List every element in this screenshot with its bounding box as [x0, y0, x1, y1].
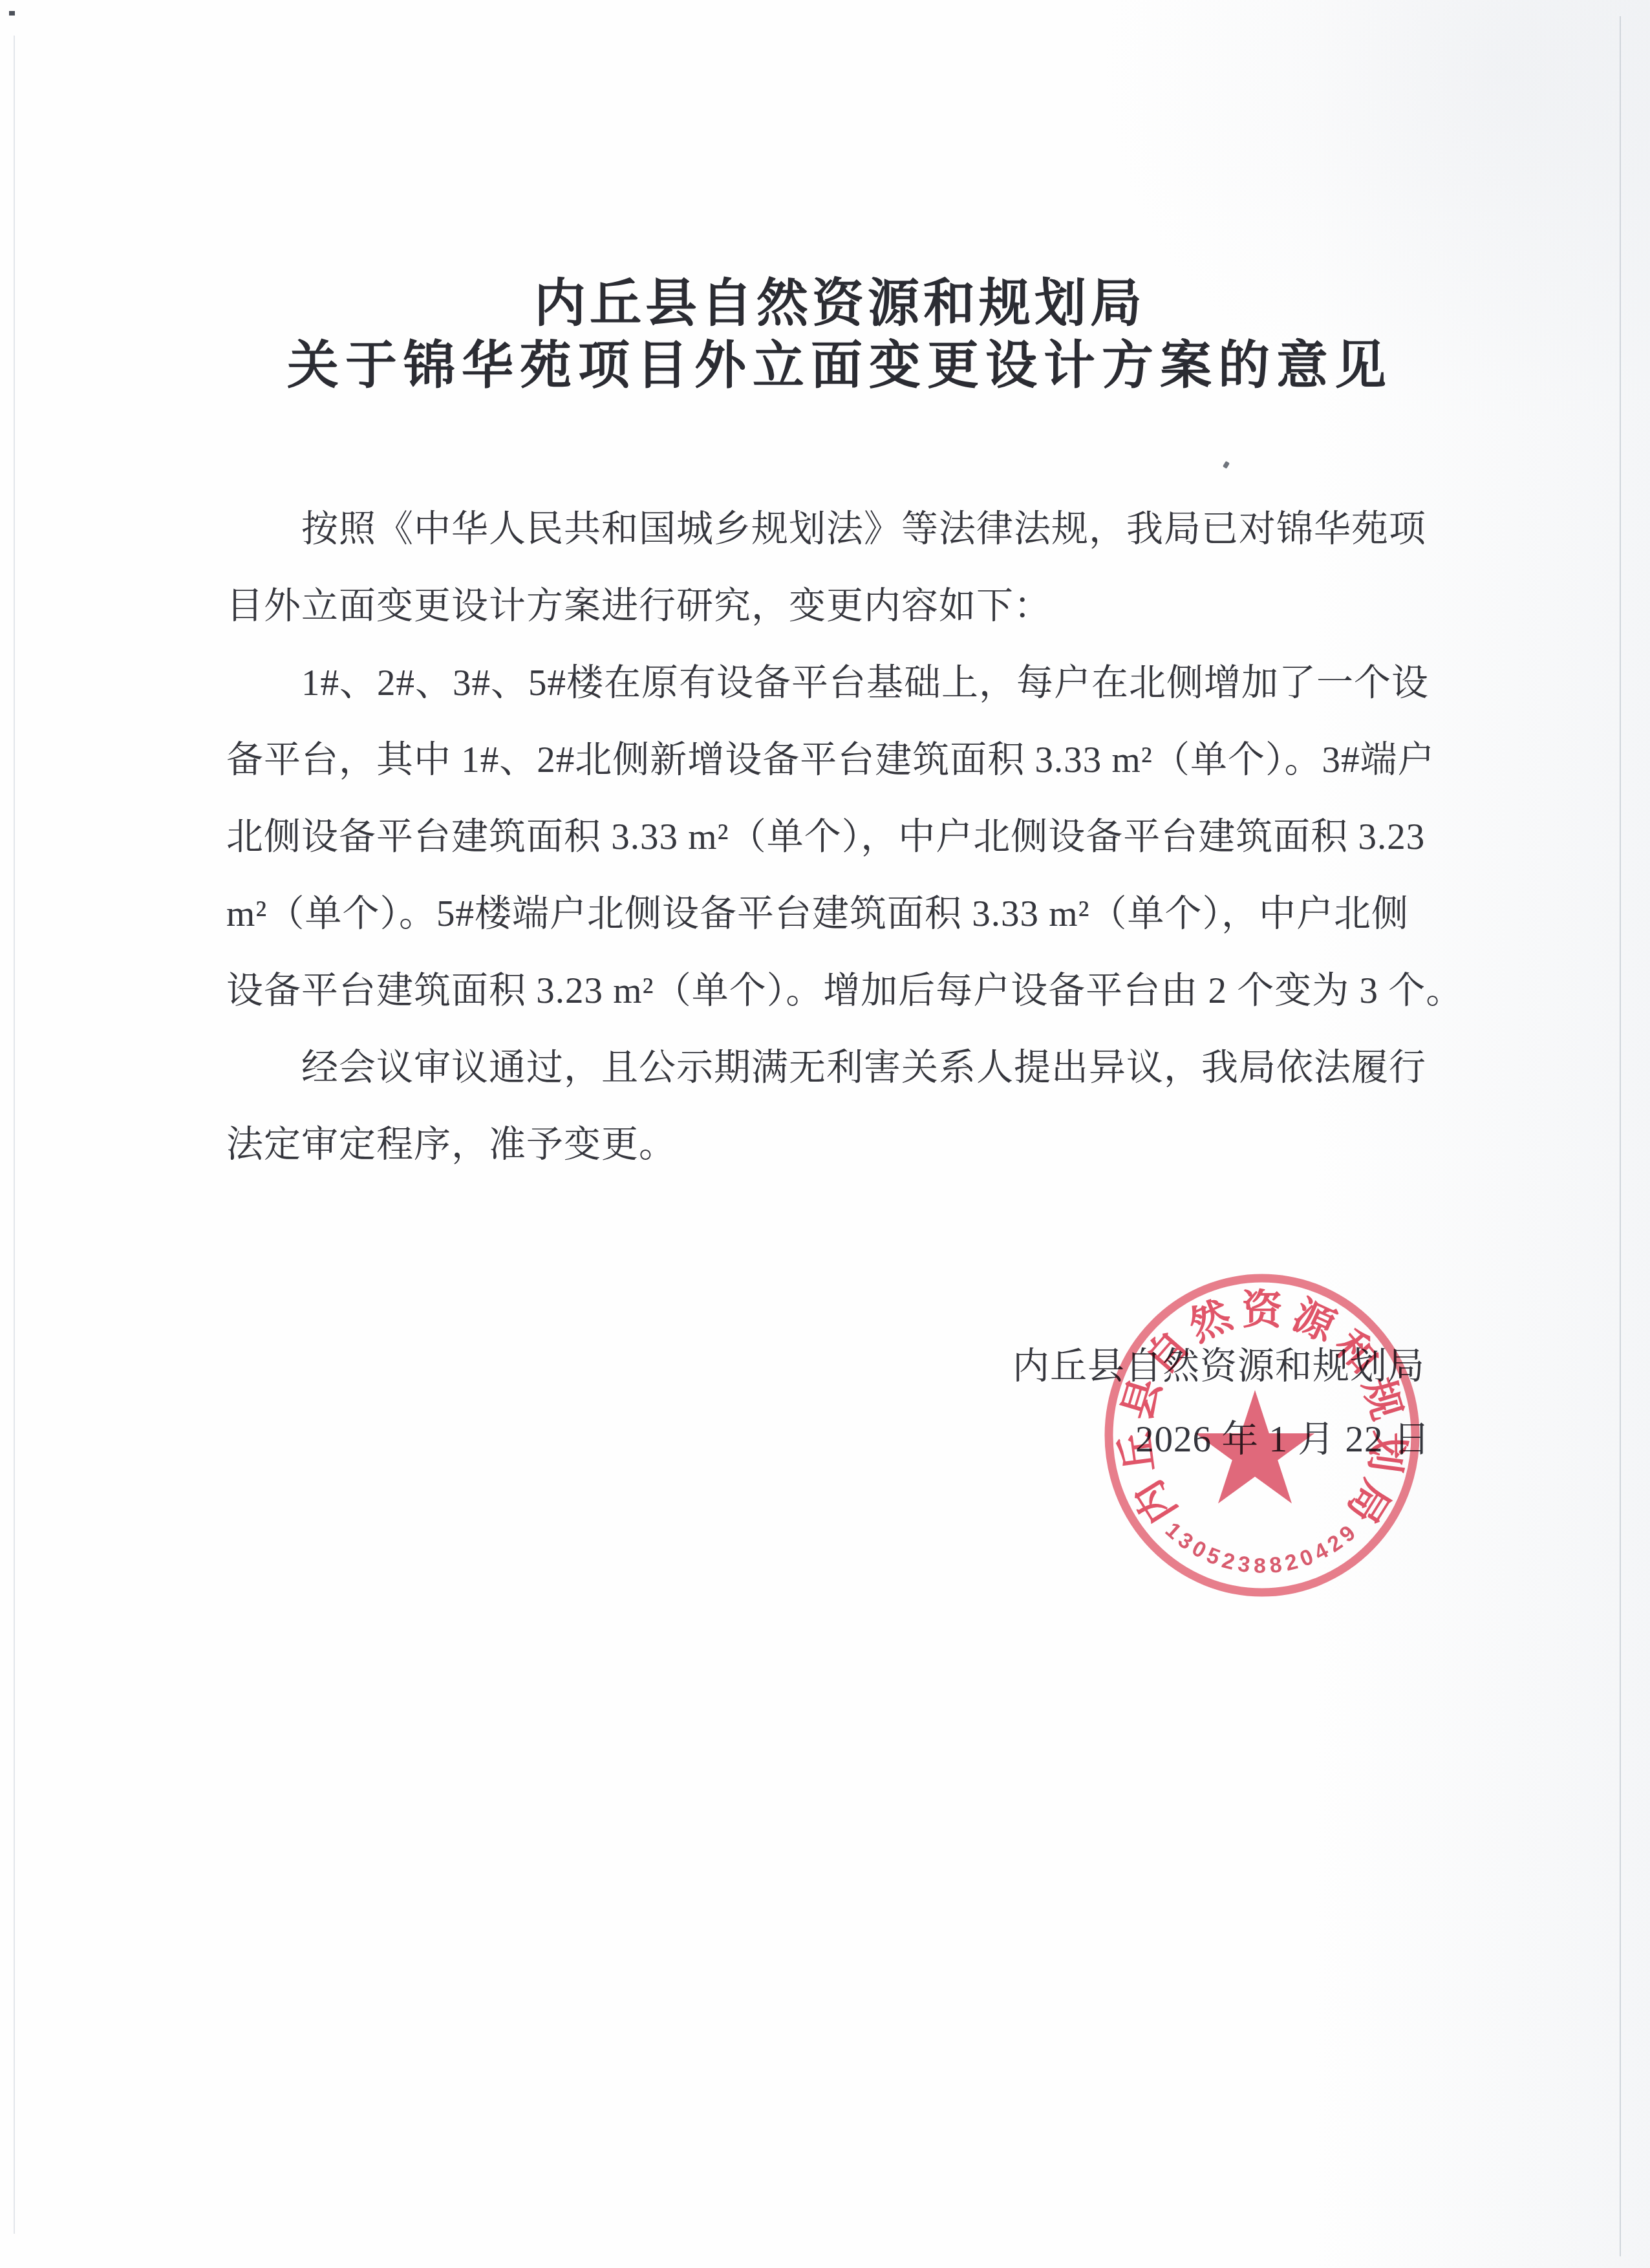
body-line: m²（单个）。5#楼端户北侧设备平台建筑面积 3.33 m²（单个），中户北侧 — [226, 875, 1458, 952]
scan-corner-speck — [9, 11, 15, 16]
seal-star-icon — [1195, 1390, 1314, 1504]
stray-ink-speck — [1223, 461, 1230, 469]
seal-code: 1305238820429 — [1161, 1518, 1364, 1578]
body-line: 北侧设备平台建筑面积 3.33 m²（单个），中户北侧设备平台建筑面积 3.23 — [226, 798, 1458, 875]
body-line: 1#、2#、3#、5#楼在原有设备平台基础上，每户在北侧增加了一个设 — [226, 645, 1458, 722]
body-line: 经会议审议通过，且公示期满无利害关系人提出异议，我局依法履行 — [226, 1029, 1458, 1106]
document-page: 内丘县自然资源和规划局 关于锦华苑项目外立面变更设计方案的意见 按照《中华人民共… — [0, 0, 1650, 2268]
title-issuer: 内丘县自然资源和规划局 — [30, 273, 1650, 335]
seal-ring-char: 资 — [1242, 1287, 1284, 1332]
body-line: 设备平台建筑面积 3.23 m²（单个）。增加后每户设备平台由 2 个变为 3 … — [226, 952, 1458, 1029]
body-line: 法定审定程序，准予变更。 — [226, 1106, 1458, 1183]
body-line: 备平台，其中 1#、2#北侧新增设备平台建筑面积 3.33 m²（单个）。3#端… — [226, 722, 1458, 798]
seal-ring-char: 丘 — [1113, 1429, 1163, 1475]
body-line: 目外立面变更设计方案进行研究，变更内容如下： — [226, 568, 1458, 645]
official-seal: 内丘县自然资源和规划局 1305238820429 — [1081, 1254, 1443, 1616]
title-subject: 关于锦华苑项目外立面变更设计方案的意见 — [30, 335, 1650, 397]
body-line: 按照《中华人民共和国城乡规划法》等法律法规，我局已对锦华苑项 — [226, 491, 1458, 568]
document-title: 内丘县自然资源和规划局 关于锦华苑项目外立面变更设计方案的意见 — [0, 273, 1650, 397]
document-body: 按照《中华人民共和国城乡规划法》等法律法规，我局已对锦华苑项 目外立面变更设计方… — [226, 491, 1458, 1183]
seal-ring-char: 划 — [1361, 1429, 1411, 1475]
